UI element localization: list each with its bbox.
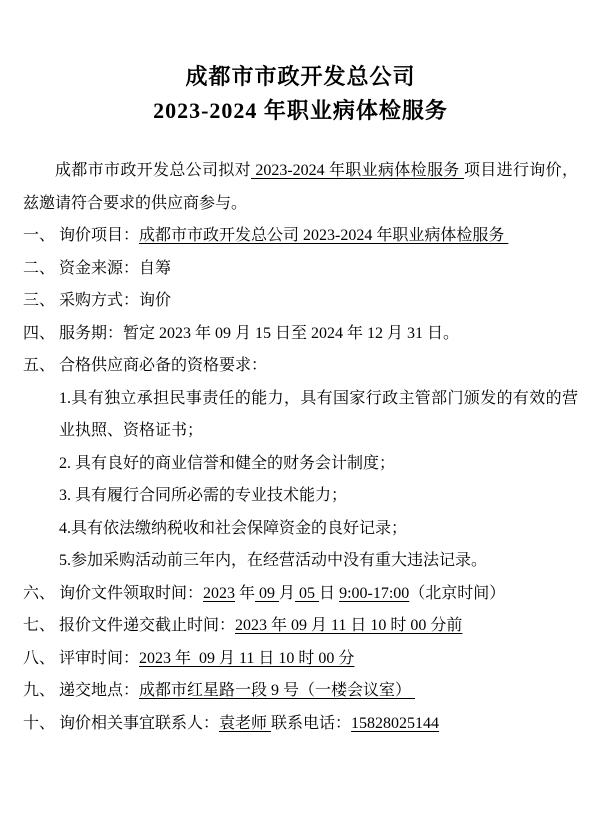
item-number: 八、 bbox=[23, 643, 59, 676]
document-page: 成都市市政开发总公司 2023-2024 年职业病体检服务 成都市市政开发总公司… bbox=[0, 0, 602, 839]
list-item: 六、询价文件领取时间：2023 年 09 月 05 日 9:00-17:00（北… bbox=[23, 578, 578, 611]
item-text: 报价文件递交截止时间： bbox=[59, 617, 235, 634]
item-content: 资金来源：自筹 bbox=[59, 253, 578, 286]
item-content: 评审时间：2023 年 09 月 11 日 10 时 00 分 bbox=[59, 643, 578, 676]
list-item: 一、询价项目：成都市市政开发总公司 2023-2024 年职业病体检服务 bbox=[23, 220, 578, 253]
item-number: 四、 bbox=[23, 318, 59, 351]
list-item: 十、询价相关事宜联系人：袁老师 联系电话：15828025144 bbox=[23, 708, 578, 741]
item-number: 十、 bbox=[23, 708, 59, 741]
sub-item: 1.具有独立承担民事责任的能力，具有国家行政主管部门颁发的有效的营业执照、资格证… bbox=[59, 383, 578, 448]
item-content: 递交地点：成都市红星路一段 9 号（一楼会议室） bbox=[59, 675, 578, 708]
list-item: 七、报价文件递交截止时间：2023 年 09 月 11 日 10 时 00 分前 bbox=[23, 610, 578, 643]
item-text: 评审时间： bbox=[59, 650, 139, 667]
intro-text-pre: 成都市市政开发总公司拟对 bbox=[55, 162, 251, 179]
sub-item: 5.参加采购活动前三年内，在经营活动中没有重大违法记录。 bbox=[59, 545, 578, 578]
item-text: 联系电话： bbox=[271, 715, 351, 732]
item-number: 七、 bbox=[23, 610, 59, 643]
item-content: 合格供应商必备的资格要求：1.具有独立承担民事责任的能力，具有国家行政主管部门颁… bbox=[59, 350, 578, 578]
sub-item: 4.具有依法缴纳税收和社会保障资金的良好记录； bbox=[59, 513, 578, 546]
doc-title: 成都市市政开发总公司 2023-2024 年职业病体检服务 bbox=[23, 60, 578, 128]
doc-title-line1: 成都市市政开发总公司 bbox=[23, 60, 578, 94]
list-item: 三、采购方式：询价 bbox=[23, 285, 578, 318]
list-item: 二、资金来源：自筹 bbox=[23, 253, 578, 286]
underlined-value: 15828025144 bbox=[351, 715, 439, 732]
item-content: 采购方式：询价 bbox=[59, 285, 578, 318]
item-text: （北京时间） bbox=[409, 585, 505, 602]
doc-title-line2: 2023-2024 年职业病体检服务 bbox=[23, 94, 578, 128]
item-text: 年 bbox=[235, 585, 255, 602]
underlined-value: 2023 年 09 月 11 日 10 时 00 分前 bbox=[235, 617, 462, 634]
item-number: 二、 bbox=[23, 253, 59, 286]
item-text: 采购方式：询价 bbox=[59, 292, 171, 309]
item-text: 合格供应商必备的资格要求： bbox=[59, 357, 267, 374]
item-text: 服务期：暂定 2023 年 09 月 15 日至 2024 年 12 月 31 … bbox=[59, 325, 459, 342]
item-content: 询价相关事宜联系人：袁老师 联系电话：15828025144 bbox=[59, 708, 578, 741]
underlined-value: 成都市红星路一段 9 号（一楼会议室） bbox=[139, 682, 415, 699]
item-number: 九、 bbox=[23, 675, 59, 708]
underlined-value: 09 bbox=[255, 585, 279, 602]
item-text: 资金来源：自筹 bbox=[59, 260, 171, 277]
item-text: 月 bbox=[279, 585, 295, 602]
list-item: 八、评审时间：2023 年 09 月 11 日 10 时 00 分 bbox=[23, 643, 578, 676]
underlined-value: 成都市市政开发总公司 2023-2024 年职业病体检服务 bbox=[139, 227, 508, 244]
sub-item: 3. 具有履行合同所必需的专业技术能力； bbox=[59, 480, 578, 513]
underlined-value: 9:00-17:00 bbox=[339, 585, 409, 602]
underlined-value: 2023 bbox=[203, 585, 235, 602]
item-text: 询价文件领取时间： bbox=[59, 585, 203, 602]
underlined-value: 袁老师 bbox=[219, 715, 271, 732]
sub-item: 2. 具有良好的商业信誉和健全的财务会计制度； bbox=[59, 448, 578, 481]
list-item: 九、递交地点：成都市红星路一段 9 号（一楼会议室） bbox=[23, 675, 578, 708]
item-text: 询价项目： bbox=[59, 227, 139, 244]
intro-underlined-project-name: 2023-2024 年职业病体检服务 bbox=[251, 162, 464, 179]
item-number: 一、 bbox=[23, 220, 59, 253]
item-number: 五、 bbox=[23, 350, 59, 383]
list-item: 五、合格供应商必备的资格要求：1.具有独立承担民事责任的能力，具有国家行政主管部… bbox=[23, 350, 578, 578]
item-text: 递交地点： bbox=[59, 682, 139, 699]
list-item: 四、服务期：暂定 2023 年 09 月 15 日至 2024 年 12 月 3… bbox=[23, 318, 578, 351]
item-number: 六、 bbox=[23, 578, 59, 611]
item-content: 询价项目：成都市市政开发总公司 2023-2024 年职业病体检服务 bbox=[59, 220, 578, 253]
item-text: 询价相关事宜联系人： bbox=[59, 715, 219, 732]
item-content: 询价文件领取时间：2023 年 09 月 05 日 9:00-17:00（北京时… bbox=[59, 578, 578, 611]
item-number: 三、 bbox=[23, 285, 59, 318]
item-content: 服务期：暂定 2023 年 09 月 15 日至 2024 年 12 月 31 … bbox=[59, 318, 578, 351]
intro-paragraph: 成都市市政开发总公司拟对 2023-2024 年职业病体检服务 项目进行询价，兹… bbox=[23, 155, 578, 220]
underlined-value: 2023 年 09 月 11 日 10 时 00 分 bbox=[139, 650, 354, 667]
item-content: 报价文件递交截止时间：2023 年 09 月 11 日 10 时 00 分前 bbox=[59, 610, 578, 643]
item-text: 日 bbox=[319, 585, 339, 602]
underlined-value: 05 bbox=[295, 585, 319, 602]
items-list: 一、询价项目：成都市市政开发总公司 2023-2024 年职业病体检服务 二、资… bbox=[23, 220, 578, 740]
